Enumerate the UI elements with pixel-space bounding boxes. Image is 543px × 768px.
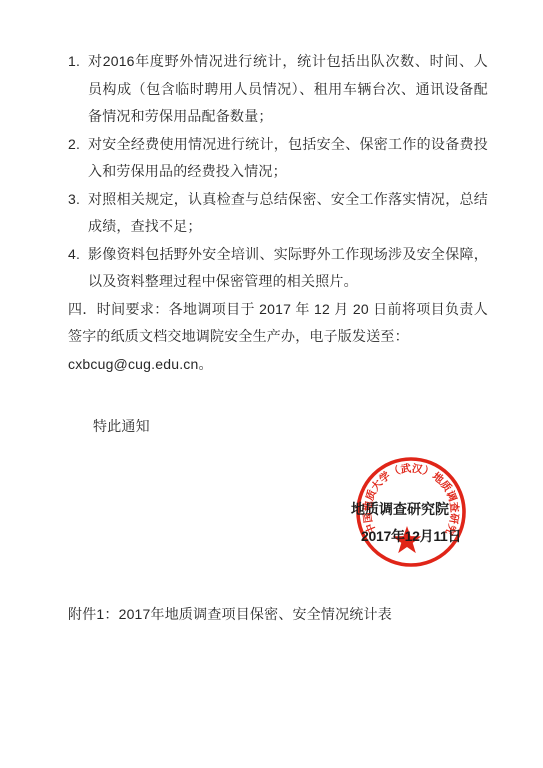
list-item-number: 2. — [68, 131, 88, 186]
list-item-number: 3. — [68, 186, 88, 241]
list-item-number: 4. — [68, 241, 88, 296]
closing-phrase: 特此通知 — [93, 413, 150, 441]
list-item-text: 对2016年度野外情况进行统计，统计包括出队次数、时间、人员构成（包含临时聘用人… — [88, 48, 488, 131]
attachment-line: 附件1：2017年地质调查项目保密、安全情况统计表 — [68, 601, 392, 629]
email-address: cxbcug@cug.edu.cn。 — [68, 351, 488, 379]
signature-org: 地质调查研究院 — [351, 499, 449, 519]
document-page: 1. 对2016年度野外情况进行统计，统计包括出队次数、时间、人员构成（包含临时… — [0, 0, 543, 768]
section-four-paragraph: 四．时间要求：各地调项目于 2017 年 12 月 20 日前将项目负责人签字的… — [68, 296, 488, 351]
list-item-text: 影像资料包括野外安全培训、实际野外工作现场涉及安全保障，以及资料整理过程中保密管… — [88, 241, 488, 296]
list-item-text: 对安全经费使用情况进行统计，包括安全、保密工作的设备费投入和劳保用品的经费投入情… — [88, 131, 488, 186]
signature-date: 2017年12月11日 — [361, 526, 461, 546]
list-item-number: 1. — [68, 48, 88, 131]
list-item-text: 对照相关规定，认真检查与总结保密、安全工作落实情况，总结成绩，查找不足； — [88, 186, 488, 241]
list-item: 1. 对2016年度野外情况进行统计，统计包括出队次数、时间、人员构成（包含临时… — [68, 48, 488, 131]
list-item: 2. 对安全经费使用情况进行统计，包括安全、保密工作的设备费投入和劳保用品的经费… — [68, 131, 488, 186]
list-item: 3. 对照相关规定，认真检查与总结保密、安全工作落实情况，总结成绩，查找不足； — [68, 186, 488, 241]
list-item: 4. 影像资料包括野外安全培训、实际野外工作现场涉及安全保障，以及资料整理过程中… — [68, 241, 488, 296]
notice-body: 1. 对2016年度野外情况进行统计，统计包括出队次数、时间、人员构成（包含临时… — [68, 48, 488, 378]
